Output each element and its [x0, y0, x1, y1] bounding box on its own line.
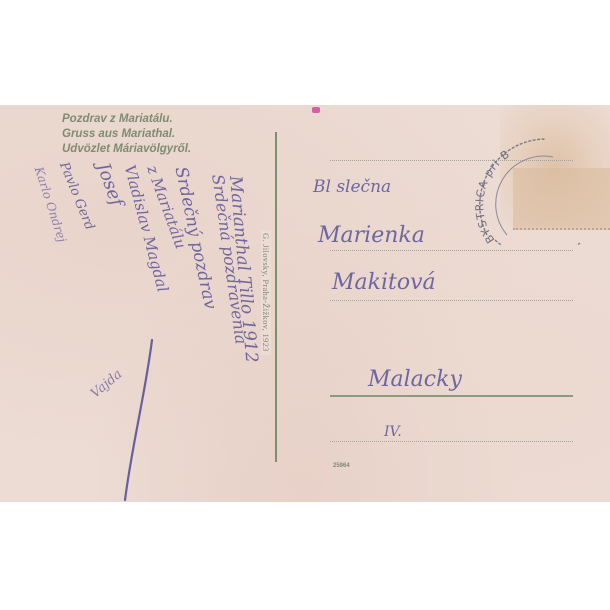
serial-number: 25964 — [333, 463, 350, 469]
svg-text:BYSTRICA pri B: BYSTRICA pri B — [473, 147, 512, 245]
greeting-hungarian: Udvözlet Máriavölgyről. — [62, 142, 191, 157]
address-line-3 — [330, 300, 573, 301]
address-first-name: Marienka — [318, 223, 425, 248]
greeting-slovak: Pozdrav z Mariatálu. — [62, 112, 191, 127]
pen-flourish — [120, 335, 160, 502]
publisher-imprint: G. Jilovsky, Praha-Žižkov, 1923 — [261, 230, 271, 355]
postmark-text: BYSTRICA pri B — [473, 147, 512, 245]
address-salutation: Bl slečna — [313, 177, 391, 197]
pink-ink-mark — [312, 107, 320, 113]
greeting-german: Gruss aus Mariathal. — [62, 127, 191, 142]
address-town: Malacky — [368, 367, 462, 392]
address-district: IV. — [384, 424, 402, 440]
address-line-5 — [330, 441, 573, 442]
address-line-4 — [330, 395, 573, 397]
postcard: Pozdrav z Mariatálu. Gruss aus Mariathal… — [0, 105, 610, 502]
address-last-name: Makitová — [332, 270, 436, 295]
center-divider-line — [275, 132, 277, 462]
postmark-stamp: BYSTRICA pri B — [465, 135, 590, 245]
printed-greeting: Pozdrav z Mariatálu. Gruss aus Mariathal… — [62, 112, 191, 157]
address-line-2 — [330, 250, 573, 251]
